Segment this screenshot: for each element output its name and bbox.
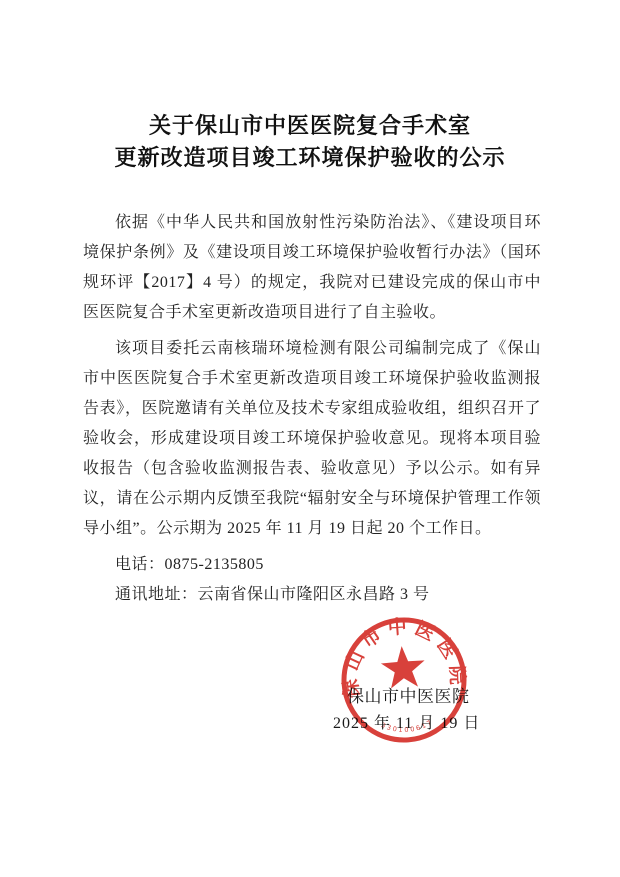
address-line: 通讯地址：云南省保山市隆阳区永昌路 3 号 — [83, 580, 541, 610]
paragraph-legal-basis: 依据《中华人民共和国放射性污染防治法》、《建设项目环境保护条例》及《建设项目竣工… — [83, 208, 541, 328]
paragraph-acceptance-process: 该项目委托云南核瑞环境检测有限公司编制完成了《保山市中医医院复合手术室更新改造项… — [83, 334, 541, 544]
document-body: 依据《中华人民共和国放射性污染防治法》、《建设项目环境保护条例》及《建设项目竣工… — [83, 208, 541, 610]
signature-date: 2025 年 11 月 19 日 — [333, 710, 480, 733]
document-page: 关于保山市中医医院复合手术室 更新改造项目竣工环境保护验收的公示 依据《中华人民… — [0, 0, 620, 877]
document-title: 关于保山市中医医院复合手术室 更新改造项目竣工环境保护验收的公示 — [0, 0, 620, 174]
signature-org-name: 保山市中医医院 — [347, 682, 470, 707]
document-title-line1: 关于保山市中医医院复合手术室 — [0, 110, 620, 142]
document-title-line2: 更新改造项目竣工环境保护验收的公示 — [0, 142, 620, 174]
phone-line: 电话：0875-2135805 — [83, 550, 541, 580]
